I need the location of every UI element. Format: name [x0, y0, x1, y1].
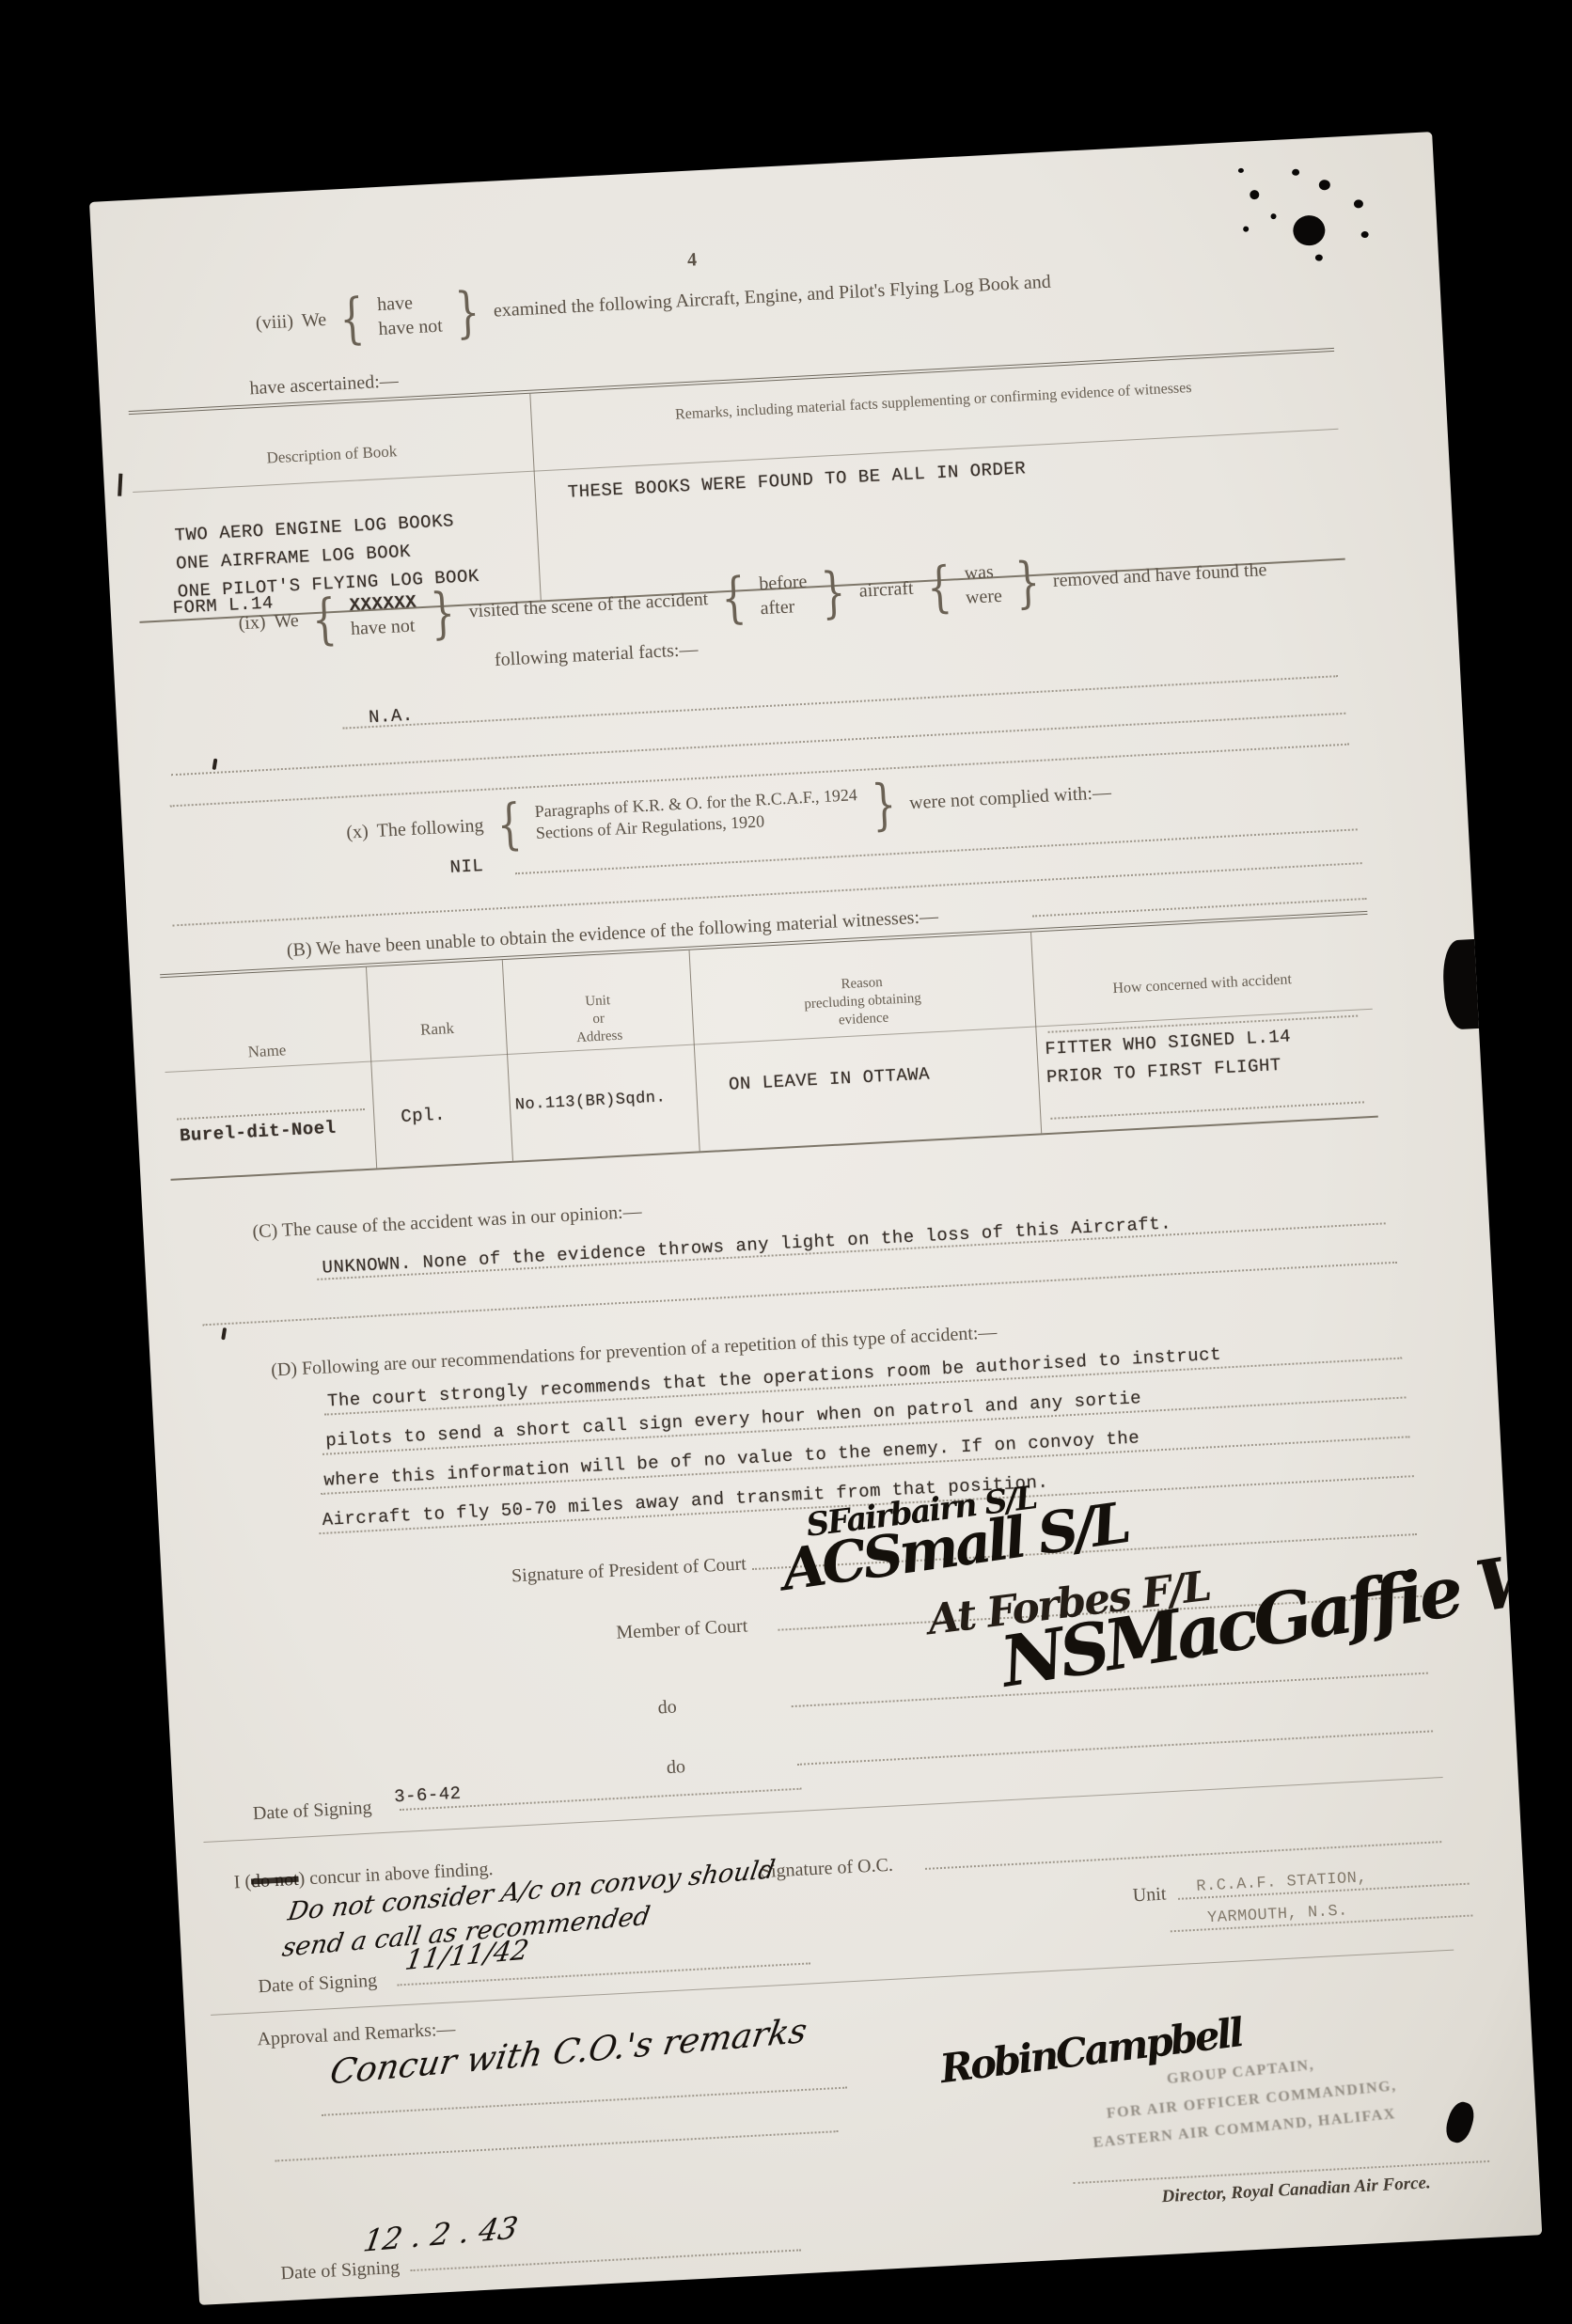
clause-x-pre: The following — [376, 815, 484, 842]
clause-ix-text1: visited the scene of the accident — [468, 589, 709, 622]
ink-blot — [1315, 254, 1323, 260]
clause-ix-options1: XXXXXXhave not — [349, 590, 418, 641]
clause-x-post: were not complied with:— — [909, 782, 1112, 814]
ink-blot — [1360, 231, 1368, 238]
option-have-not: have not — [378, 314, 444, 342]
witness-name: Burel-dit-Noel — [180, 1118, 338, 1147]
dotted-line — [411, 2249, 802, 2271]
option-were: were — [965, 584, 1002, 610]
separator-line — [211, 1950, 1454, 2016]
ink-blot-large — [1293, 214, 1327, 246]
stray-mark — [118, 474, 122, 496]
option-have-not: have not — [350, 614, 418, 642]
date-of-signing-value: 3-6-42 — [394, 1783, 462, 1808]
logbook-col2-header: Remarks, including material facts supple… — [530, 372, 1336, 432]
ink-blot — [1270, 213, 1276, 219]
witness-table-divider — [689, 950, 700, 1152]
date-of-signing-label: Date of Signing — [258, 1971, 378, 1999]
clause-ix-text3: removed and have found the — [1052, 559, 1267, 592]
ink-blot — [1354, 199, 1363, 209]
scanned-form-page: 4 (viii) We { havehave not } examined th… — [89, 132, 1542, 2305]
clause-viii-ascertained: have ascertained:— — [249, 370, 399, 400]
clause-ix-options2: beforeafter — [759, 570, 810, 621]
witness-rank: Cpl. — [401, 1105, 447, 1127]
option-struck-have: XXXXXX — [349, 590, 417, 617]
section-c-intro: (C) The cause of the accident was in our… — [252, 1201, 642, 1244]
brace-close: } — [820, 568, 847, 618]
option-was: was — [964, 559, 1001, 586]
option-have: have — [377, 290, 443, 318]
separator-line — [203, 1777, 1442, 1843]
clause-viii-label: (viii) — [255, 310, 293, 334]
witness-unit: No.113(BR)Sqdn. — [514, 1089, 666, 1114]
witness-reason: ON LEAVE IN OTTAWA — [728, 1063, 930, 1094]
ink-blot — [1238, 168, 1244, 173]
witness-col-reason: Reason precluding obtaining evidence — [690, 966, 1034, 1038]
witness-table-divider — [502, 960, 513, 1161]
stray-mark — [212, 759, 218, 770]
member-signature-label: Member of Court — [616, 1615, 748, 1643]
brace-open: { — [720, 573, 747, 622]
clause-viii-we: We — [301, 309, 326, 332]
do-label: do — [666, 1756, 685, 1779]
dotted-line — [925, 1841, 1441, 1870]
clause-x-label: (x) — [346, 821, 369, 843]
ink-blot — [1292, 169, 1299, 176]
option-after: after — [760, 594, 809, 621]
ink-blot — [1243, 227, 1249, 232]
clause-x-answer: NIL — [449, 856, 484, 878]
witness-table-divider — [366, 967, 377, 1169]
director-title: Director, Royal Canadian Air Force. — [1161, 2173, 1431, 2207]
witness-col-how: How concerned with accident — [1033, 967, 1371, 1002]
brace-open: { — [338, 293, 366, 343]
clause-ix-options3: waswere — [964, 559, 1003, 610]
scan-edge-tear — [1441, 939, 1484, 1030]
concur-struck-text: do not — [250, 1869, 299, 1892]
clause-ix-text2: aircraft — [858, 577, 914, 602]
dotted-line — [177, 1108, 365, 1120]
date-of-signing-label: Date of Signing — [280, 2257, 401, 2285]
dotted-line — [275, 2130, 838, 2161]
unit-label: Unit — [1132, 1884, 1167, 1908]
brace-open: { — [926, 562, 953, 612]
witness-how: FITTER WHO SIGNED L.14 PRIOR TO FIRST FL… — [1045, 1022, 1294, 1091]
clause-ix-label: (ix) — [238, 611, 266, 634]
scan-background: { "page": { "number": "4" }, "glyphs": {… — [0, 0, 1572, 2324]
brace-close: } — [871, 779, 898, 829]
oc-signature-label: Signature of O.C. — [760, 1855, 893, 1883]
stray-mark — [221, 1327, 227, 1340]
date-of-signing-value-handwritten: 12 . 2 . 43 — [361, 2209, 521, 2259]
dotted-line — [322, 2087, 847, 2116]
brace-open: { — [311, 594, 338, 644]
clause-viii-text: examined the following Aircraft, Engine,… — [493, 271, 1051, 322]
witness-col-unit: Unit or Address — [504, 988, 694, 1051]
witness-table-divider — [1030, 933, 1042, 1134]
date-of-signing-label: Date of Signing — [252, 1798, 372, 1826]
ink-blot — [1442, 2099, 1478, 2146]
page-number: 4 — [687, 249, 698, 271]
dotted-line — [171, 713, 1345, 776]
dotted-line — [1050, 1101, 1364, 1119]
clause-viii-options: havehave not — [377, 290, 444, 342]
brace-close: } — [1014, 557, 1041, 607]
president-signature-label: Signature of President of Court — [511, 1553, 747, 1587]
dotted-line — [797, 1730, 1433, 1765]
clause-x-options: Paragraphs of K.R. & O. for the R.C.A.F.… — [534, 784, 859, 845]
brace-open: { — [496, 799, 524, 849]
logbook-col1-header: Description of Book — [131, 435, 532, 475]
clause-ix-we: We — [274, 610, 299, 633]
clause-ix-facts-label: following material facts:— — [495, 639, 700, 671]
concur-pre: I ( — [233, 1871, 251, 1892]
brace-close: } — [454, 287, 481, 337]
option-before: before — [759, 570, 808, 597]
ink-blot — [1319, 180, 1331, 191]
do-label: do — [657, 1697, 677, 1719]
clause-x: (x) The following { Paragraphs of K.R. &… — [345, 768, 1112, 857]
clause-viii: (viii) We { havehave not } examined the … — [255, 258, 1052, 348]
brace-close: } — [430, 588, 457, 637]
witness-col-rank: Rank — [369, 1016, 506, 1043]
ink-blot — [1250, 190, 1260, 200]
